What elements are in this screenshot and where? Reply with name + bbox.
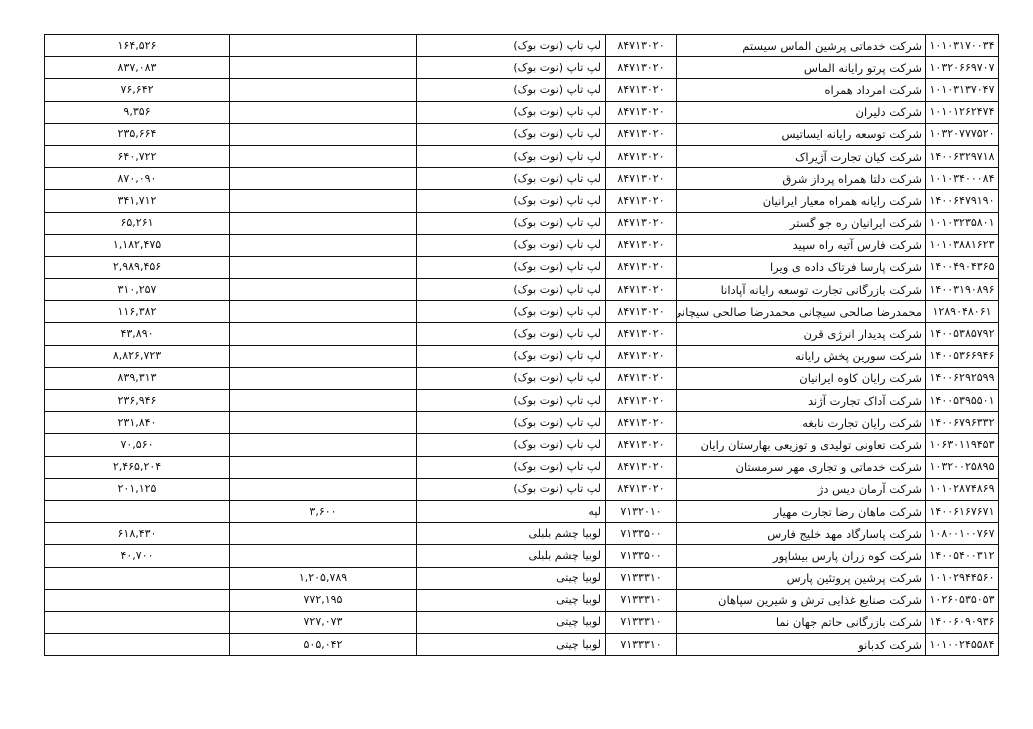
tariff-code-cell: ۸۴۷۱۳۰۲۰ bbox=[606, 101, 677, 123]
value-column-1-cell bbox=[230, 168, 417, 190]
product-description-cell: لپ تاپ (نوت بوک) bbox=[417, 101, 606, 123]
product-description-cell: لپ تاپ (نوت بوک) bbox=[417, 190, 606, 212]
value-column-1-cell: ۱,۲۰۵,۷۸۹ bbox=[230, 567, 417, 589]
tariff-code-cell: ۸۴۷۱۳۰۲۰ bbox=[606, 190, 677, 212]
table-row: ۱۰۱۰۰۲۴۵۵۸۴ شرکت کدبانو ۷۱۳۳۳۱۰ لوبیا چی… bbox=[45, 634, 999, 656]
value-column-1-cell bbox=[230, 101, 417, 123]
tariff-code-cell: ۸۴۷۱۳۰۲۰ bbox=[606, 35, 677, 57]
product-description-cell: لپ تاپ (نوت بوک) bbox=[417, 367, 606, 389]
company-name-cell: شرکت امرداد همراه bbox=[677, 79, 926, 101]
value-column-1-cell bbox=[230, 434, 417, 456]
tariff-code-cell: ۷۱۳۳۳۱۰ bbox=[606, 589, 677, 611]
company-name-cell: شرکت خدماتی پرشین الماس سیستم bbox=[677, 35, 926, 57]
national-id-cell: ۱۰۳۲۰۰۲۵۸۹۵ bbox=[926, 456, 999, 478]
product-description-cell: لپ تاپ (نوت بوک) bbox=[417, 79, 606, 101]
tariff-code-cell: ۷۱۳۳۵۰۰ bbox=[606, 523, 677, 545]
value-column-2-cell: ۲۰۱,۱۲۵ bbox=[45, 478, 230, 500]
value-column-1-cell bbox=[230, 212, 417, 234]
value-column-2-cell: ۱۱۶,۳۸۲ bbox=[45, 301, 230, 323]
tariff-code-cell: ۷۱۳۳۵۰۰ bbox=[606, 545, 677, 567]
product-description-cell: لپ تاپ (نوت بوک) bbox=[417, 256, 606, 278]
tariff-code-cell: ۸۴۷۱۳۰۲۰ bbox=[606, 212, 677, 234]
product-description-cell: لپ تاپ (نوت بوک) bbox=[417, 57, 606, 79]
tariff-code-cell: ۷۱۳۲۰۱۰ bbox=[606, 500, 677, 522]
national-id-cell: ۱۰۱۰۳۴۰۰۰۸۴ bbox=[926, 168, 999, 190]
product-description-cell: لپ تاپ (نوت بوک) bbox=[417, 456, 606, 478]
tariff-code-cell: ۷۱۳۳۳۱۰ bbox=[606, 567, 677, 589]
value-column-1-cell bbox=[230, 478, 417, 500]
value-column-2-cell: ۸,۸۲۶,۷۲۳ bbox=[45, 345, 230, 367]
table-row: ۱۴۰۰۵۳۶۶۹۴۶ شرکت سورین پخش رایانه ۸۴۷۱۳۰… bbox=[45, 345, 999, 367]
table-row: ۱۰۱۰۳۱۳۷۰۴۷ شرکت امرداد همراه ۸۴۷۱۳۰۲۰ ل… bbox=[45, 79, 999, 101]
national-id-cell: ۱۴۰۰۶۰۹۰۹۳۶ bbox=[926, 611, 999, 633]
product-description-cell: لپ تاپ (نوت بوک) bbox=[417, 323, 606, 345]
national-id-cell: ۱۴۰۰۶۴۷۹۱۹۰ bbox=[926, 190, 999, 212]
value-column-1-cell bbox=[230, 35, 417, 57]
value-column-1-cell bbox=[230, 123, 417, 145]
value-column-1-cell bbox=[230, 456, 417, 478]
company-name-cell: شرکت آرمان دیس دژ bbox=[677, 478, 926, 500]
value-column-2-cell bbox=[45, 634, 230, 656]
national-id-cell: ۱۰۱۰۰۲۴۵۵۸۴ bbox=[926, 634, 999, 656]
tariff-code-cell: ۸۴۷۱۳۰۲۰ bbox=[606, 345, 677, 367]
value-column-1-cell: ۵۰۵,۰۴۲ bbox=[230, 634, 417, 656]
tariff-code-cell: ۸۴۷۱۳۰۲۰ bbox=[606, 256, 677, 278]
value-column-2-cell: ۹,۳۵۶ bbox=[45, 101, 230, 123]
table-row: ۱۴۰۰۶۲۹۲۵۹۹ شرکت رایان کاوه ایرانیان ۸۴۷… bbox=[45, 367, 999, 389]
value-column-2-cell: ۷۰,۵۶۰ bbox=[45, 434, 230, 456]
table-row: ۱۰۲۶۰۵۳۵۰۵۳ شرکت صنایع غذایی ترش و شیرین… bbox=[45, 589, 999, 611]
value-column-2-cell: ۱۶۴,۵۲۶ bbox=[45, 35, 230, 57]
tariff-code-cell: ۸۴۷۱۳۰۲۰ bbox=[606, 478, 677, 500]
tariff-code-cell: ۸۴۷۱۳۰۲۰ bbox=[606, 279, 677, 301]
product-description-cell: لوبیا چیتی bbox=[417, 567, 606, 589]
tariff-code-cell: ۸۴۷۱۳۰۲۰ bbox=[606, 323, 677, 345]
company-name-cell: شرکت رایان کاوه ایرانیان bbox=[677, 367, 926, 389]
tariff-code-cell: ۷۱۳۳۳۱۰ bbox=[606, 634, 677, 656]
product-description-cell: لپ تاپ (نوت بوک) bbox=[417, 279, 606, 301]
value-column-1-cell bbox=[230, 279, 417, 301]
product-description-cell: لپ تاپ (نوت بوک) bbox=[417, 301, 606, 323]
company-name-cell: شرکت آداک تجارت آژند bbox=[677, 390, 926, 412]
national-id-cell: ۱۴۰۰۶۲۹۲۵۹۹ bbox=[926, 367, 999, 389]
tariff-code-cell: ۸۴۷۱۳۰۲۰ bbox=[606, 123, 677, 145]
tariff-code-cell: ۸۴۷۱۳۰۲۰ bbox=[606, 434, 677, 456]
product-description-cell: لوبیا چشم بلبلی bbox=[417, 523, 606, 545]
value-column-1-cell bbox=[230, 190, 417, 212]
national-id-cell: ۱۴۰۰۴۹۰۴۳۶۵ bbox=[926, 256, 999, 278]
national-id-cell: ۱۰۶۳۰۱۱۹۴۵۳ bbox=[926, 434, 999, 456]
value-column-2-cell bbox=[45, 611, 230, 633]
table-row: ۱۰۱۰۲۸۷۴۸۶۹ شرکت آرمان دیس دژ ۸۴۷۱۳۰۲۰ ل… bbox=[45, 478, 999, 500]
company-name-cell: شرکت سورین پخش رایانه bbox=[677, 345, 926, 367]
product-description-cell: لپ تاپ (نوت بوک) bbox=[417, 168, 606, 190]
table-body: ۱۰۱۰۳۱۷۰۰۳۴ شرکت خدماتی پرشین الماس سیست… bbox=[45, 35, 999, 656]
national-id-cell: ۱۴۰۰۶۳۲۹۷۱۸ bbox=[926, 145, 999, 167]
tariff-code-cell: ۸۴۷۱۳۰۲۰ bbox=[606, 234, 677, 256]
company-name-cell: شرکت پرتو رایانه الماس bbox=[677, 57, 926, 79]
company-name-cell: شرکت توسعه رایانه ایساتیس bbox=[677, 123, 926, 145]
table-row: ۱۴۰۰۵۳۸۵۷۹۲ شرکت پدیدار انرژی قرن ۸۴۷۱۳۰… bbox=[45, 323, 999, 345]
value-column-2-cell: ۸۳۹,۳۱۳ bbox=[45, 367, 230, 389]
company-name-cell: شرکت بازرگانی حاتم جهان نما bbox=[677, 611, 926, 633]
value-column-2-cell: ۶۱۸,۴۳۰ bbox=[45, 523, 230, 545]
value-column-1-cell: ۷۷۲,۱۹۵ bbox=[230, 589, 417, 611]
value-column-1-cell bbox=[230, 367, 417, 389]
company-name-cell: محمدرضا صالحی سیچانی محمدرضا صالحی سیچان… bbox=[677, 301, 926, 323]
product-description-cell: لپ تاپ (نوت بوک) bbox=[417, 390, 606, 412]
table-row: ۱۴۰۰۵۴۰۰۳۱۲ شرکت کوه زران پارس بیشاپور ۷… bbox=[45, 545, 999, 567]
tariff-code-cell: ۸۴۷۱۳۰۲۰ bbox=[606, 456, 677, 478]
national-id-cell: ۱۰۸۰۰۱۰۰۷۶۷ bbox=[926, 523, 999, 545]
company-name-cell: شرکت ایرانیان ره جو گستر bbox=[677, 212, 926, 234]
value-column-2-cell: ۴۰,۷۰۰ bbox=[45, 545, 230, 567]
national-id-cell: ۱۴۰۰۵۴۰۰۳۱۲ bbox=[926, 545, 999, 567]
product-description-cell: لپ تاپ (نوت بوک) bbox=[417, 345, 606, 367]
table-row: ۱۰۱۰۳۴۰۰۰۸۴ شرکت دلتا همراه پرداز شرق ۸۴… bbox=[45, 168, 999, 190]
table-row: ۱۴۰۰۴۹۰۴۳۶۵ شرکت پارسا فرتاک داده ی ویرا… bbox=[45, 256, 999, 278]
value-column-1-cell bbox=[230, 301, 417, 323]
table-row: ۱۰۱۰۳۲۳۵۸۰۱ شرکت ایرانیان ره جو گستر ۸۴۷… bbox=[45, 212, 999, 234]
company-name-cell: شرکت دلیران bbox=[677, 101, 926, 123]
value-column-1-cell bbox=[230, 545, 417, 567]
company-name-cell: شرکت دلتا همراه پرداز شرق bbox=[677, 168, 926, 190]
company-name-cell: شرکت کوه زران پارس بیشاپور bbox=[677, 545, 926, 567]
table-row: ۱۰۱۰۱۲۶۲۴۷۴ شرکت دلیران ۸۴۷۱۳۰۲۰ لپ تاپ … bbox=[45, 101, 999, 123]
value-column-1-cell bbox=[230, 145, 417, 167]
product-description-cell: لوبیا چیتی bbox=[417, 611, 606, 633]
table-row: ۱۴۰۰۶۳۲۹۷۱۸ شرکت کیان تجارت آژیراک ۸۴۷۱۳… bbox=[45, 145, 999, 167]
value-column-1-cell bbox=[230, 412, 417, 434]
tariff-code-cell: ۸۴۷۱۳۰۲۰ bbox=[606, 412, 677, 434]
product-description-cell: لپ تاپ (نوت بوک) bbox=[417, 234, 606, 256]
value-column-2-cell: ۷۶,۶۴۲ bbox=[45, 79, 230, 101]
value-column-1-cell bbox=[230, 79, 417, 101]
national-id-cell: ۱۴۰۰۶۷۹۶۳۳۲ bbox=[926, 412, 999, 434]
company-name-cell: شرکت پرشین پروتئین پارس bbox=[677, 567, 926, 589]
value-column-1-cell bbox=[230, 256, 417, 278]
tariff-code-cell: ۸۴۷۱۳۰۲۰ bbox=[606, 301, 677, 323]
product-description-cell: لپ تاپ (نوت بوک) bbox=[417, 478, 606, 500]
national-id-cell: ۱۴۰۰۵۳۸۵۷۹۲ bbox=[926, 323, 999, 345]
product-description-cell: لوبیا چشم بلبلی bbox=[417, 545, 606, 567]
tariff-code-cell: ۸۴۷۱۳۰۲۰ bbox=[606, 79, 677, 101]
table-row: ۱۰۱۰۲۹۴۴۵۶۰ شرکت پرشین پروتئین پارس ۷۱۳۳… bbox=[45, 567, 999, 589]
national-id-cell: ۱۰۱۰۳۱۳۷۰۴۷ bbox=[926, 79, 999, 101]
product-description-cell: لپ تاپ (نوت بوک) bbox=[417, 145, 606, 167]
table-row: ۱۲۸۹۰۴۸۰۶۱ محمدرضا صالحی سیچانی محمدرضا … bbox=[45, 301, 999, 323]
company-name-cell: شرکت پاسارگاد مهد خلیج فارس bbox=[677, 523, 926, 545]
value-column-2-cell: ۳۴۱,۷۱۲ bbox=[45, 190, 230, 212]
table-row: ۱۴۰۰۶۰۹۰۹۳۶ شرکت بازرگانی حاتم جهان نما … bbox=[45, 611, 999, 633]
value-column-1-cell bbox=[230, 523, 417, 545]
value-column-2-cell bbox=[45, 500, 230, 522]
national-id-cell: ۱۰۱۰۲۹۴۴۵۶۰ bbox=[926, 567, 999, 589]
product-description-cell: لپ تاپ (نوت بوک) bbox=[417, 35, 606, 57]
national-id-cell: ۱۰۱۰۳۱۷۰۰۳۴ bbox=[926, 35, 999, 57]
table-row: ۱۰۳۲۰۰۲۵۸۹۵ شرکت خدماتی و تجاری مهر سرمس… bbox=[45, 456, 999, 478]
company-name-cell: شرکت پارسا فرتاک داده ی ویرا bbox=[677, 256, 926, 278]
value-column-1-cell bbox=[230, 323, 417, 345]
product-description-cell: لپ تاپ (نوت بوک) bbox=[417, 434, 606, 456]
value-column-2-cell: ۲۳۱,۸۴۰ bbox=[45, 412, 230, 434]
national-id-cell: ۱۰۱۰۳۲۳۵۸۰۱ bbox=[926, 212, 999, 234]
national-id-cell: ۱۴۰۰۳۱۹۰۸۹۶ bbox=[926, 279, 999, 301]
company-name-cell: شرکت رایانه همراه معیار ایرانیان bbox=[677, 190, 926, 212]
product-description-cell: لپ تاپ (نوت بوک) bbox=[417, 212, 606, 234]
table-row: ۱۰۸۰۰۱۰۰۷۶۷ شرکت پاسارگاد مهد خلیج فارس … bbox=[45, 523, 999, 545]
company-name-cell: شرکت کیان تجارت آژیراک bbox=[677, 145, 926, 167]
table-row: ۱۴۰۰۶۷۹۶۳۳۲ شرکت رایان تجارت نابغه ۸۴۷۱۳… bbox=[45, 412, 999, 434]
value-column-1-cell: ۳,۶۰۰ bbox=[230, 500, 417, 522]
company-name-cell: شرکت پدیدار انرژی قرن bbox=[677, 323, 926, 345]
company-name-cell: شرکت بازرگانی تجارت توسعه رایانه آپادانا bbox=[677, 279, 926, 301]
product-description-cell: لوبیا چیتی bbox=[417, 589, 606, 611]
tariff-code-cell: ۸۴۷۱۳۰۲۰ bbox=[606, 57, 677, 79]
national-id-cell: ۱۲۸۹۰۴۸۰۶۱ bbox=[926, 301, 999, 323]
value-column-2-cell: ۸۳۷,۰۸۳ bbox=[45, 57, 230, 79]
value-column-2-cell: ۲,۹۸۹,۴۵۶ bbox=[45, 256, 230, 278]
value-column-2-cell bbox=[45, 589, 230, 611]
value-column-2-cell bbox=[45, 567, 230, 589]
table-row: ۱۰۱۰۳۱۷۰۰۳۴ شرکت خدماتی پرشین الماس سیست… bbox=[45, 35, 999, 57]
table-row: ۱۰۳۲۰۶۶۹۷۰۷ شرکت پرتو رایانه الماس ۸۴۷۱۳… bbox=[45, 57, 999, 79]
product-description-cell: لپ تاپ (نوت بوک) bbox=[417, 123, 606, 145]
table-row: ۱۰۱۰۳۸۸۱۶۲۳ شرکت فارس آتیه راه سپید ۸۴۷۱… bbox=[45, 234, 999, 256]
value-column-2-cell: ۲۳۵,۶۶۴ bbox=[45, 123, 230, 145]
national-id-cell: ۱۴۰۰۵۳۹۵۵۰۱ bbox=[926, 390, 999, 412]
national-id-cell: ۱۰۱۰۳۸۸۱۶۲۳ bbox=[926, 234, 999, 256]
value-column-2-cell: ۱,۱۸۲,۴۷۵ bbox=[45, 234, 230, 256]
table-row: ۱۴۰۰۶۱۶۷۶۷۱ شرکت ماهان رضا تجارت مهیار ۷… bbox=[45, 500, 999, 522]
tariff-code-cell: ۸۴۷۱۳۰۲۰ bbox=[606, 168, 677, 190]
table-row: ۱۰۶۳۰۱۱۹۴۵۳ شرکت تعاونی تولیدی و توزیعی … bbox=[45, 434, 999, 456]
value-column-1-cell: ۷۲۷,۰۷۳ bbox=[230, 611, 417, 633]
table-row: ۱۴۰۰۳۱۹۰۸۹۶ شرکت بازرگانی تجارت توسعه را… bbox=[45, 279, 999, 301]
value-column-2-cell: ۶۵,۲۶۱ bbox=[45, 212, 230, 234]
national-id-cell: ۱۰۱۰۱۲۶۲۴۷۴ bbox=[926, 101, 999, 123]
company-name-cell: شرکت صنایع غذایی ترش و شیرین سپاهان bbox=[677, 589, 926, 611]
national-id-cell: ۱۰۲۶۰۵۳۵۰۵۳ bbox=[926, 589, 999, 611]
company-name-cell: شرکت ماهان رضا تجارت مهیار bbox=[677, 500, 926, 522]
value-column-2-cell: ۲,۴۶۵,۲۰۴ bbox=[45, 456, 230, 478]
company-name-cell: شرکت فارس آتیه راه سپید bbox=[677, 234, 926, 256]
table-row: ۱۰۳۲۰۷۷۷۵۲۰ شرکت توسعه رایانه ایساتیس ۸۴… bbox=[45, 123, 999, 145]
value-column-1-cell bbox=[230, 57, 417, 79]
company-name-cell: شرکت خدماتی و تجاری مهر سرمستان bbox=[677, 456, 926, 478]
product-description-cell: لوبیا چیتی bbox=[417, 634, 606, 656]
value-column-2-cell: ۳۱۰,۲۵۷ bbox=[45, 279, 230, 301]
tariff-code-cell: ۷۱۳۳۳۱۰ bbox=[606, 611, 677, 633]
national-id-cell: ۱۰۱۰۲۸۷۴۸۶۹ bbox=[926, 478, 999, 500]
company-name-cell: شرکت کدبانو bbox=[677, 634, 926, 656]
national-id-cell: ۱۴۰۰۶۱۶۷۶۷۱ bbox=[926, 500, 999, 522]
value-column-2-cell: ۲۳۶,۹۴۶ bbox=[45, 390, 230, 412]
company-name-cell: شرکت رایان تجارت نابغه bbox=[677, 412, 926, 434]
table-row: ۱۴۰۰۵۳۹۵۵۰۱ شرکت آداک تجارت آژند ۸۴۷۱۳۰۲… bbox=[45, 390, 999, 412]
value-column-1-cell bbox=[230, 345, 417, 367]
value-column-1-cell bbox=[230, 234, 417, 256]
table-row: ۱۴۰۰۶۴۷۹۱۹۰ شرکت رایانه همراه معیار ایرا… bbox=[45, 190, 999, 212]
tariff-code-cell: ۸۴۷۱۳۰۲۰ bbox=[606, 390, 677, 412]
data-table: ۱۰۱۰۳۱۷۰۰۳۴ شرکت خدماتی پرشین الماس سیست… bbox=[44, 34, 999, 656]
national-id-cell: ۱۰۳۲۰۷۷۷۵۲۰ bbox=[926, 123, 999, 145]
tariff-code-cell: ۸۴۷۱۳۰۲۰ bbox=[606, 367, 677, 389]
value-column-2-cell: ۴۳,۸۹۰ bbox=[45, 323, 230, 345]
tariff-code-cell: ۸۴۷۱۳۰۲۰ bbox=[606, 145, 677, 167]
value-column-2-cell: ۸۷۰,۰۹۰ bbox=[45, 168, 230, 190]
value-column-2-cell: ۶۴۰,۷۲۲ bbox=[45, 145, 230, 167]
company-name-cell: شرکت تعاونی تولیدی و توزیعی بهارستان رای… bbox=[677, 434, 926, 456]
product-description-cell: لپ تاپ (نوت بوک) bbox=[417, 412, 606, 434]
product-description-cell: لپه bbox=[417, 500, 606, 522]
value-column-1-cell bbox=[230, 390, 417, 412]
national-id-cell: ۱۴۰۰۵۳۶۶۹۴۶ bbox=[926, 345, 999, 367]
national-id-cell: ۱۰۳۲۰۶۶۹۷۰۷ bbox=[926, 57, 999, 79]
